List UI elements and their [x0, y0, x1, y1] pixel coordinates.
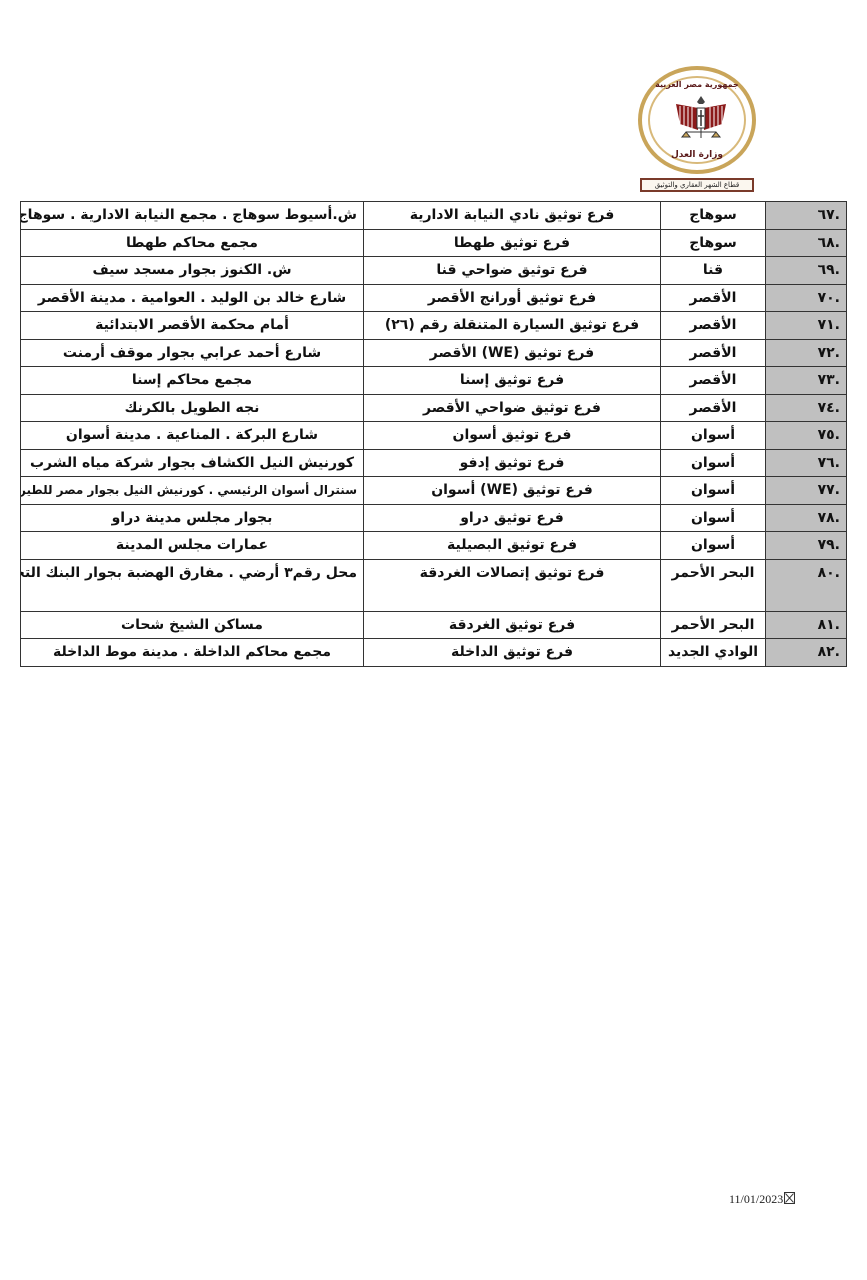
logo-emblem: جمهورية مصر العربية وزارة العدل — [638, 66, 756, 174]
governorate-cell: قنا — [661, 257, 766, 285]
table-row: .٦٨ سوهاج فرع توثيق طهطا مجمع محاكم طهطا — [21, 229, 847, 257]
governorate-cell: البحر الأحمر — [661, 559, 766, 611]
governorate-cell: الأقصر — [661, 312, 766, 340]
row-number: .٨٢ — [766, 639, 847, 667]
row-number: .٧٢ — [766, 339, 847, 367]
row-number: .٦٩ — [766, 257, 847, 285]
row-number: .٨٠ — [766, 559, 847, 611]
branch-cell: فرع توثيق نادي النيابة الادارية — [364, 202, 661, 230]
branch-cell: فرع توثيق أسوان — [364, 422, 661, 450]
address-cell: ش.أسيوط سوهاج . مجمع النيابة الادارية . … — [21, 202, 364, 230]
table-row: .٧٨ أسوان فرع توثيق دراو بجوار مجلس مدين… — [21, 504, 847, 532]
branch-cell: فرع توثيق الغردقة — [364, 611, 661, 639]
branch-cell: فرع توثيق أورانج الأقصر — [364, 284, 661, 312]
row-number: .٨١ — [766, 611, 847, 639]
address-cell: أمام محكمة الأقصر الابتدائية — [21, 312, 364, 340]
governorate-cell: أسوان — [661, 532, 766, 560]
governorate-cell: البحر الأحمر — [661, 611, 766, 639]
governorate-cell: أسوان — [661, 477, 766, 505]
branch-cell: فرع توثيق (WE) أسوان — [364, 477, 661, 505]
branches-table: .٦٧ سوهاج فرع توثيق نادي النيابة الاداري… — [20, 201, 847, 667]
address-cell: مساكن الشيخ شحات — [21, 611, 364, 639]
row-number: .٧٥ — [766, 422, 847, 450]
table-row: .٧٩ أسوان فرع توثيق البصيلية عمارات مجلس… — [21, 532, 847, 560]
table-row: .٦٩ قنا فرع توثيق ضواحي قنا ش. الكنوز بج… — [21, 257, 847, 285]
table-row: .٧٣ الأقصر فرع توثيق إسنا مجمع محاكم إسن… — [21, 367, 847, 395]
table-row: .٧٦ أسوان فرع توثيق إدفو كورنيش النيل ال… — [21, 449, 847, 477]
governorate-cell: أسوان — [661, 449, 766, 477]
branch-cell: فرع توثيق ضواحي قنا — [364, 257, 661, 285]
address-cell: ش. الكنوز بجوار مسجد سيف — [21, 257, 364, 285]
governorate-cell: الأقصر — [661, 339, 766, 367]
address-cell: سنترال أسوان الرئيسي . كورنيش النيل بجوا… — [21, 477, 364, 505]
governorate-cell: أسوان — [661, 504, 766, 532]
branch-cell: فرع توثيق (WE) الأقصر — [364, 339, 661, 367]
row-number: .٦٧ — [766, 202, 847, 230]
governorate-cell: الأقصر — [661, 367, 766, 395]
address-cell: شارع البركة . المناعية . مدينة أسوان — [21, 422, 364, 450]
table-row: .٧٧ أسوان فرع توثيق (WE) أسوان سنترال أس… — [21, 477, 847, 505]
row-number: .٦٨ — [766, 229, 847, 257]
address-cell: كورنيش النيل الكشاف بجوار شركة مياه الشر… — [21, 449, 364, 477]
address-cell: شارع خالد بن الوليد . العوامية . مدينة ا… — [21, 284, 364, 312]
address-cell: نجه الطويل بالكرنك — [21, 394, 364, 422]
date-text: 11/01/2023 — [729, 1192, 783, 1206]
address-cell: مجمع محاكم طهطا — [21, 229, 364, 257]
branch-cell: فرع توثيق دراو — [364, 504, 661, 532]
governorate-cell: سوهاج — [661, 229, 766, 257]
table-row: .٧٢ الأقصر فرع توثيق (WE) الأقصر شارع أح… — [21, 339, 847, 367]
branch-cell: فرع توثيق السيارة المتنقلة رقم (٢٦) — [364, 312, 661, 340]
governorate-cell: سوهاج — [661, 202, 766, 230]
table-row: .٧٠ الأقصر فرع توثيق أورانج الأقصر شارع … — [21, 284, 847, 312]
governorate-cell: الأقصر — [661, 394, 766, 422]
address-cell: شارع أحمد عرابي بجوار موقف أرمنت — [21, 339, 364, 367]
checkbox-x-icon — [784, 1192, 795, 1204]
branch-cell: فرع توثيق طهطا — [364, 229, 661, 257]
row-number: .٧٤ — [766, 394, 847, 422]
branch-cell: فرع توثيق إدفو — [364, 449, 661, 477]
logo-banner: قطاع الشهر العقاري والتوثيق — [640, 178, 754, 192]
row-number: .٧٠ — [766, 284, 847, 312]
eagle-scales-icon — [672, 94, 730, 140]
table-row: .٧٥ أسوان فرع توثيق أسوان شارع البركة . … — [21, 422, 847, 450]
ministry-of-justice-logo: جمهورية مصر العربية وزارة العدل قطاع الش… — [636, 66, 758, 194]
governorate-cell: الوادي الجديد — [661, 639, 766, 667]
row-number: .٧٣ — [766, 367, 847, 395]
row-number: .٧٧ — [766, 477, 847, 505]
row-number: .٧٨ — [766, 504, 847, 532]
governorate-cell: الأقصر — [661, 284, 766, 312]
branch-cell: فرع توثيق إسنا — [364, 367, 661, 395]
branch-cell: فرع توثيق البصيلية — [364, 532, 661, 560]
address-cell: مجمع محاكم الداخلة . مدينة موط الداخلة — [21, 639, 364, 667]
table-row: .٨٠ البحر الأحمر فرع توثيق إتصالات الغرد… — [21, 559, 847, 611]
logo-arc-text: جمهورية مصر العربية — [642, 80, 752, 89]
address-cell: مجمع محاكم إسنا — [21, 367, 364, 395]
row-number: .٧١ — [766, 312, 847, 340]
branch-cell: فرع توثيق إتصالات الغردقة — [364, 559, 661, 611]
address-cell: محل رقم٣ أرضي . مفارق الهضبة بجوار البنك… — [21, 559, 364, 611]
address-cell: بجوار مجلس مدينة دراو — [21, 504, 364, 532]
footer-date: 11/01/2023 — [729, 1192, 795, 1207]
row-number: .٧٦ — [766, 449, 847, 477]
table-row: .٦٧ سوهاج فرع توثيق نادي النيابة الاداري… — [21, 202, 847, 230]
table-row: .٧٤ الأقصر فرع توثيق ضواحي الأقصر نجه ال… — [21, 394, 847, 422]
governorate-cell: أسوان — [661, 422, 766, 450]
table-row: .٧١ الأقصر فرع توثيق السيارة المتنقلة رق… — [21, 312, 847, 340]
table-row: .٨١ البحر الأحمر فرع توثيق الغردقة مساكن… — [21, 611, 847, 639]
branch-cell: فرع توثيق الداخلة — [364, 639, 661, 667]
branch-cell: فرع توثيق ضواحي الأقصر — [364, 394, 661, 422]
logo-ministry-text: وزارة العدل — [642, 150, 752, 160]
row-number: .٧٩ — [766, 532, 847, 560]
address-cell: عمارات مجلس المدينة — [21, 532, 364, 560]
table-row: .٨٢ الوادي الجديد فرع توثيق الداخلة مجمع… — [21, 639, 847, 667]
